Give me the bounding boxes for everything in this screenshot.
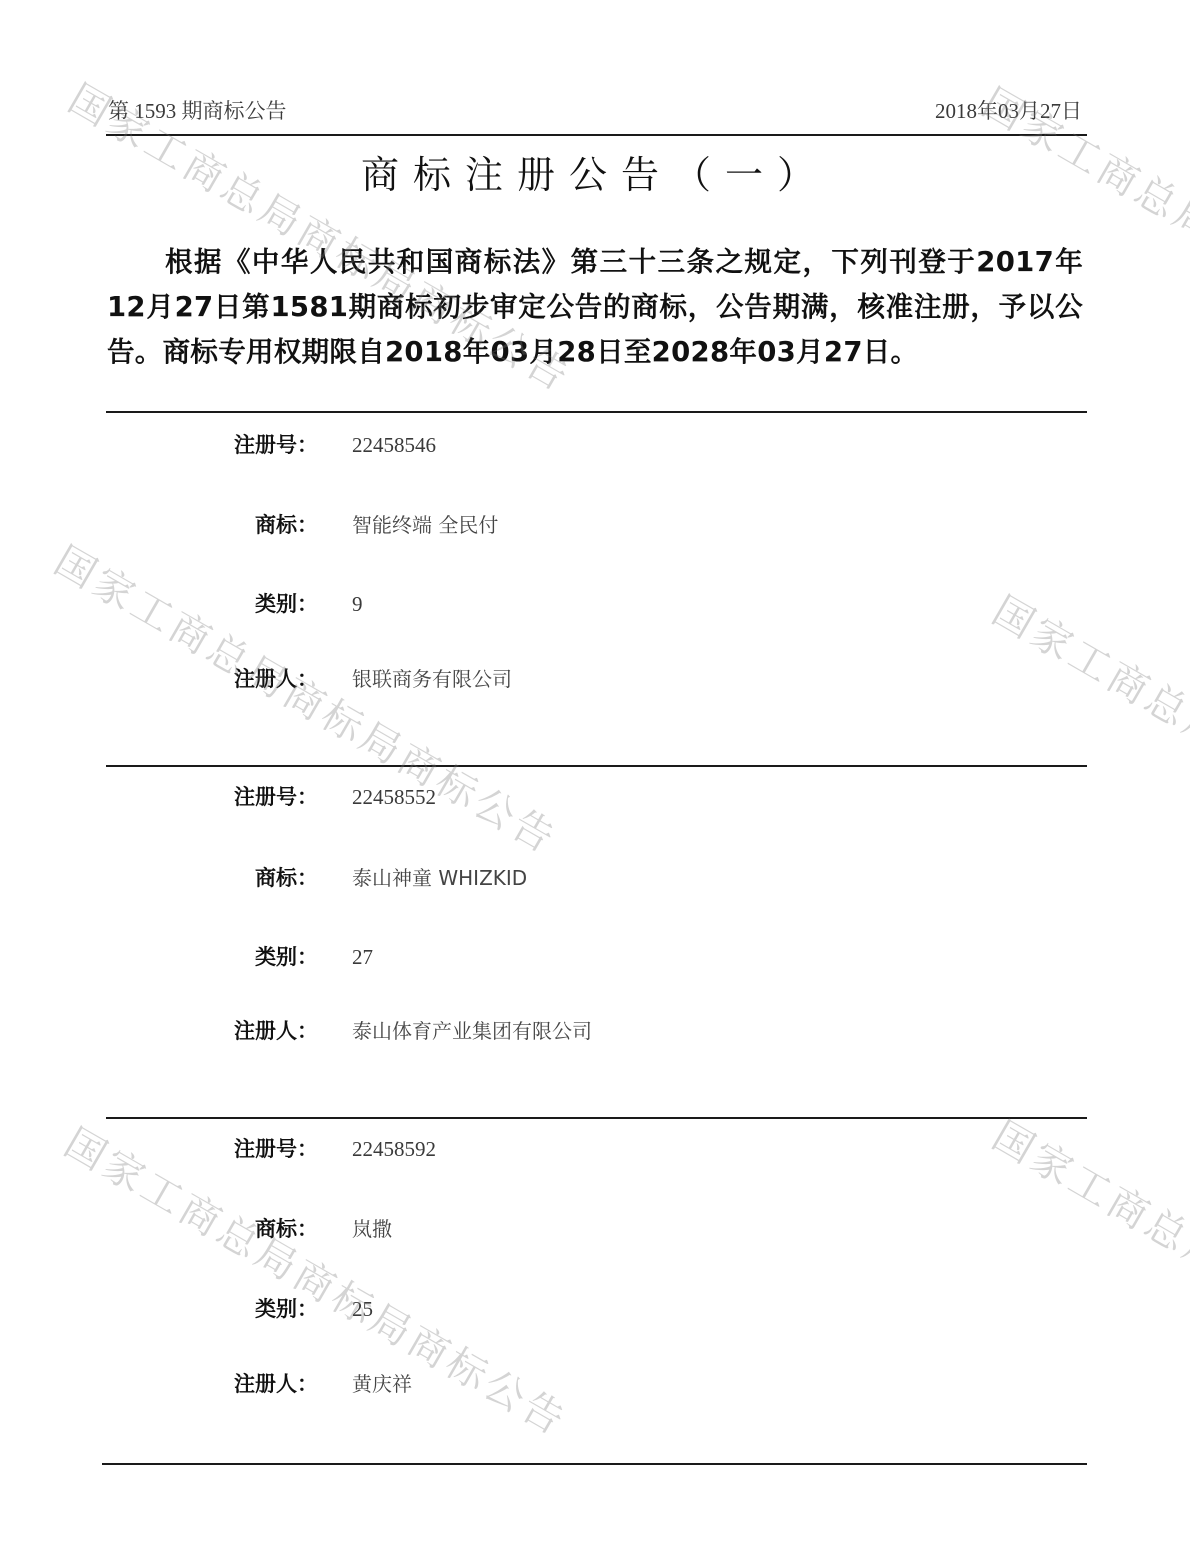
record-divider <box>106 411 1087 413</box>
field-registrant: 注册人： 泰山体育产业集团有限公司 <box>0 1014 1190 1048</box>
footer-divider <box>102 1463 1087 1465</box>
label-class: 类别： <box>255 587 318 621</box>
label-class: 类别： <box>255 940 318 974</box>
value-mark: 泰山神童 WHIZKID <box>352 861 527 895</box>
label-mark: 商标： <box>255 508 318 542</box>
field-class: 类别： 9 <box>0 587 1190 621</box>
header-divider <box>106 134 1087 136</box>
value-reg-no: 22458592 <box>352 1132 436 1166</box>
field-reg-no: 注册号： 22458552 <box>0 780 1190 814</box>
page-title: 商标注册公告（一） <box>0 148 1190 202</box>
value-registrant: 泰山体育产业集团有限公司 <box>352 1014 592 1048</box>
field-class: 类别： 27 <box>0 940 1190 974</box>
field-mark: 商标： 泰山神童 WHIZKID <box>0 861 1190 895</box>
value-class: 27 <box>352 940 373 974</box>
label-registrant: 注册人： <box>234 662 318 696</box>
label-registrant: 注册人： <box>234 1014 318 1048</box>
label-reg-no: 注册号： <box>234 780 318 814</box>
label-reg-no: 注册号： <box>234 1132 318 1166</box>
field-registrant: 注册人： 黄庆祥 <box>0 1367 1190 1401</box>
value-registrant: 银联商务有限公司 <box>352 662 512 696</box>
publication-date: 2018年03月27日 <box>935 96 1082 126</box>
field-reg-no: 注册号： 22458592 <box>0 1132 1190 1166</box>
label-mark: 商标： <box>255 1212 318 1246</box>
field-reg-no: 注册号： 22458546 <box>0 428 1190 462</box>
label-reg-no: 注册号： <box>234 428 318 462</box>
field-registrant: 注册人： 银联商务有限公司 <box>0 662 1190 696</box>
label-mark: 商标： <box>255 861 318 895</box>
value-reg-no: 22458552 <box>352 780 436 814</box>
label-class: 类别： <box>255 1292 318 1326</box>
field-mark: 商标： 岚撒 <box>0 1212 1190 1246</box>
value-mark: 岚撒 <box>352 1212 392 1246</box>
value-class: 9 <box>352 587 363 621</box>
value-reg-no: 22458546 <box>352 428 436 462</box>
record-divider <box>106 1117 1087 1119</box>
value-class: 25 <box>352 1292 373 1326</box>
label-registrant: 注册人： <box>234 1367 318 1401</box>
field-class: 类别： 25 <box>0 1292 1190 1326</box>
record-divider <box>106 765 1087 767</box>
issue-number: 第 1593 期商标公告 <box>108 96 287 126</box>
value-mark: 智能终端 全民付 <box>352 508 498 542</box>
watermark: 国家工商总局商标局商标公告 <box>46 530 570 865</box>
trademark-announcement-page: 第 1593 期商标公告 2018年03月27日 商标注册公告（一） 根据《中华… <box>0 0 1190 1564</box>
field-mark: 商标： 智能终端 全民付 <box>0 508 1190 542</box>
intro-paragraph: 根据《中华人民共和国商标法》第三十三条之规定，下列刊登于2017年12月27日第… <box>107 240 1083 375</box>
value-registrant: 黄庆祥 <box>352 1367 412 1401</box>
